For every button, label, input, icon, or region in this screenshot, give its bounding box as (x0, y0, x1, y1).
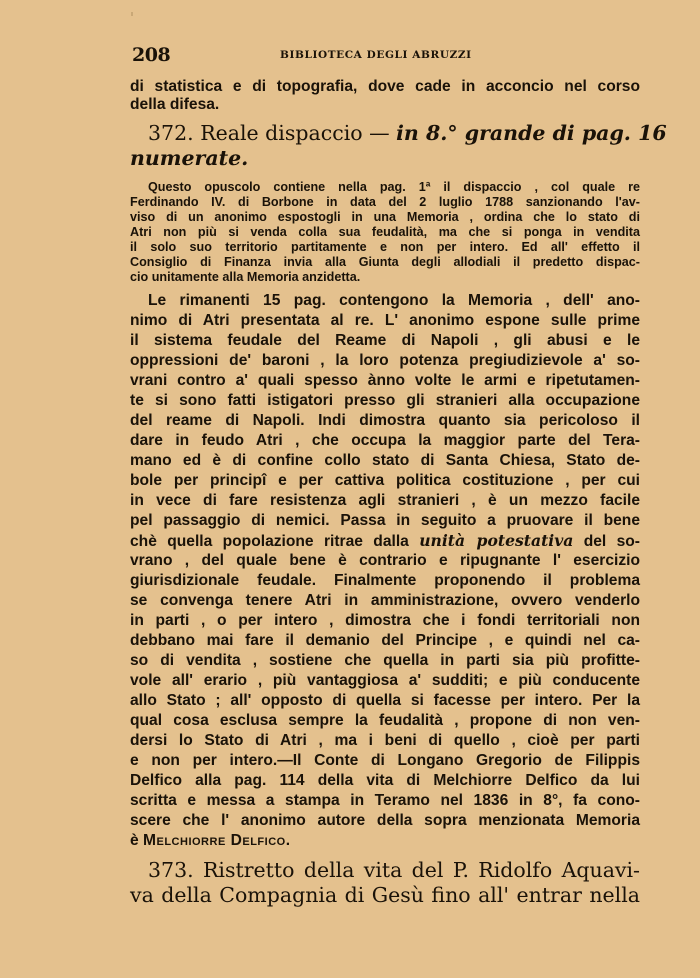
note-line: il solo suo territorio partitamente e no… (130, 240, 640, 254)
body-line: nimo di Atri presentata al re. L' anonim… (130, 311, 640, 330)
body-line: Delfico alla pag. 114 della vita di Melc… (130, 771, 640, 790)
paper-speck (131, 12, 133, 16)
entry-title: Reale dispaccio (200, 121, 362, 145)
entry-number: 372. (148, 121, 194, 145)
body-line: se convenga tenere Atri in amministrazio… (130, 591, 640, 610)
note-line: viso di un anonimo espostogli in una Mem… (130, 210, 640, 224)
entry-number: 373. (148, 858, 194, 882)
entry-format: in 8.° grande di pag. 16 (396, 121, 666, 145)
author-name: Melchiorre Delfico (143, 832, 286, 849)
note-line: Ferdinando IV. di Borbone in data del 2 … (130, 195, 640, 209)
text-line: della difesa. (130, 95, 640, 114)
body-line: so di vendita , sostiene che quella in p… (130, 651, 640, 670)
body-line: dare in feudo Atri , che occupa la maggi… (130, 431, 640, 450)
note-line: cio unitamente alla Memoria anzidetta. (130, 270, 640, 284)
body-text: è (130, 832, 143, 849)
body-line: e non per intero.—Il Conte di Longano Gr… (130, 751, 640, 770)
body-line: scere che l' anonimo autore della sopra … (130, 811, 640, 830)
page-number: 208 (132, 44, 170, 66)
body-line-with-italic: chè quella popolazione ritrae dalla unit… (130, 531, 640, 551)
body-line: te si sono fatti istigatori presso gli s… (130, 391, 640, 410)
body-line: Le rimanenti 15 pag. contengono la Memor… (130, 291, 640, 310)
note-line: Questo opuscolo contiene nella pag. 1ª i… (130, 180, 640, 194)
entry-372-heading: 372. Reale dispaccio — in 8.° grande di … (130, 121, 640, 145)
body-line: in vece di fare resistenza agli stranier… (130, 491, 640, 510)
note-line: Atri non più si venda colla sua feudalit… (130, 225, 640, 239)
body-line: allo Stato ; all' opposto di quella si f… (130, 691, 640, 710)
body-line: giurisdizionale feudale. Finalmente prop… (130, 571, 640, 590)
entry-373-heading-cont: va della Compagnia di Gesù fino all' ent… (130, 883, 640, 907)
body-line-author: è Melchiorre Delfico. (130, 831, 640, 850)
entry-373-heading: 373. Ristretto della vita del P. Ridolfo… (130, 858, 640, 882)
text-line: di statistica e di topografia, dove cade… (130, 77, 640, 96)
body-line: del reame di Napoli. Indi dimostra quant… (130, 411, 640, 430)
body-line: oppressioni de' baroni , la loro potenza… (130, 351, 640, 370)
body-line: in parti , o per intero , dimostra che i… (130, 611, 640, 630)
body-line: dersi lo Stato di Atri , ma i beni di qu… (130, 731, 640, 750)
italic-phrase: unità potestativa (419, 531, 573, 550)
entry-title-cont: va della Compagnia di Gesù fino all' ent… (130, 883, 640, 907)
body-text: . (286, 832, 290, 849)
body-line: vole all' erario , più vantaggiosa a' su… (130, 671, 640, 690)
entry-format-cont: numerate. (130, 146, 248, 170)
body-line: vrani contro a' quali spesso ànno volte … (130, 371, 640, 390)
body-line: debbano mai fare il demanio del Principe… (130, 631, 640, 650)
body-text: chè quella popolazione ritrae dalla (130, 533, 419, 550)
entry-dash: — (363, 121, 397, 145)
page-header: 208 BIBLIOTECA DEGLI ABRUZZI (130, 44, 640, 68)
body-line: pel passaggio di nemici. Passa in seguit… (130, 511, 640, 530)
body-line: mano ed è di confine collo stato di Sant… (130, 451, 640, 470)
note-line: Consiglio di Finanza invia alla Giunta d… (130, 255, 640, 269)
body-line: vrano , del quale bene è contrario e rip… (130, 551, 640, 570)
body-line: bole per principî e per cattiva politica… (130, 471, 640, 490)
entry-372-heading-cont: numerate. (130, 146, 640, 170)
body-line: qual cosa esclusa sempre la feudalità , … (130, 711, 640, 730)
body-text: del so- (573, 533, 640, 550)
body-line: il sistema feudale del Reame di Napoli ,… (130, 331, 640, 350)
running-title: BIBLIOTECA DEGLI ABRUZZI (280, 49, 472, 61)
entry-title: Ristretto della vita del P. Ridolfo Aqua… (203, 858, 640, 882)
body-line: scritta e messa a stampa in Teramo nel 1… (130, 791, 640, 810)
